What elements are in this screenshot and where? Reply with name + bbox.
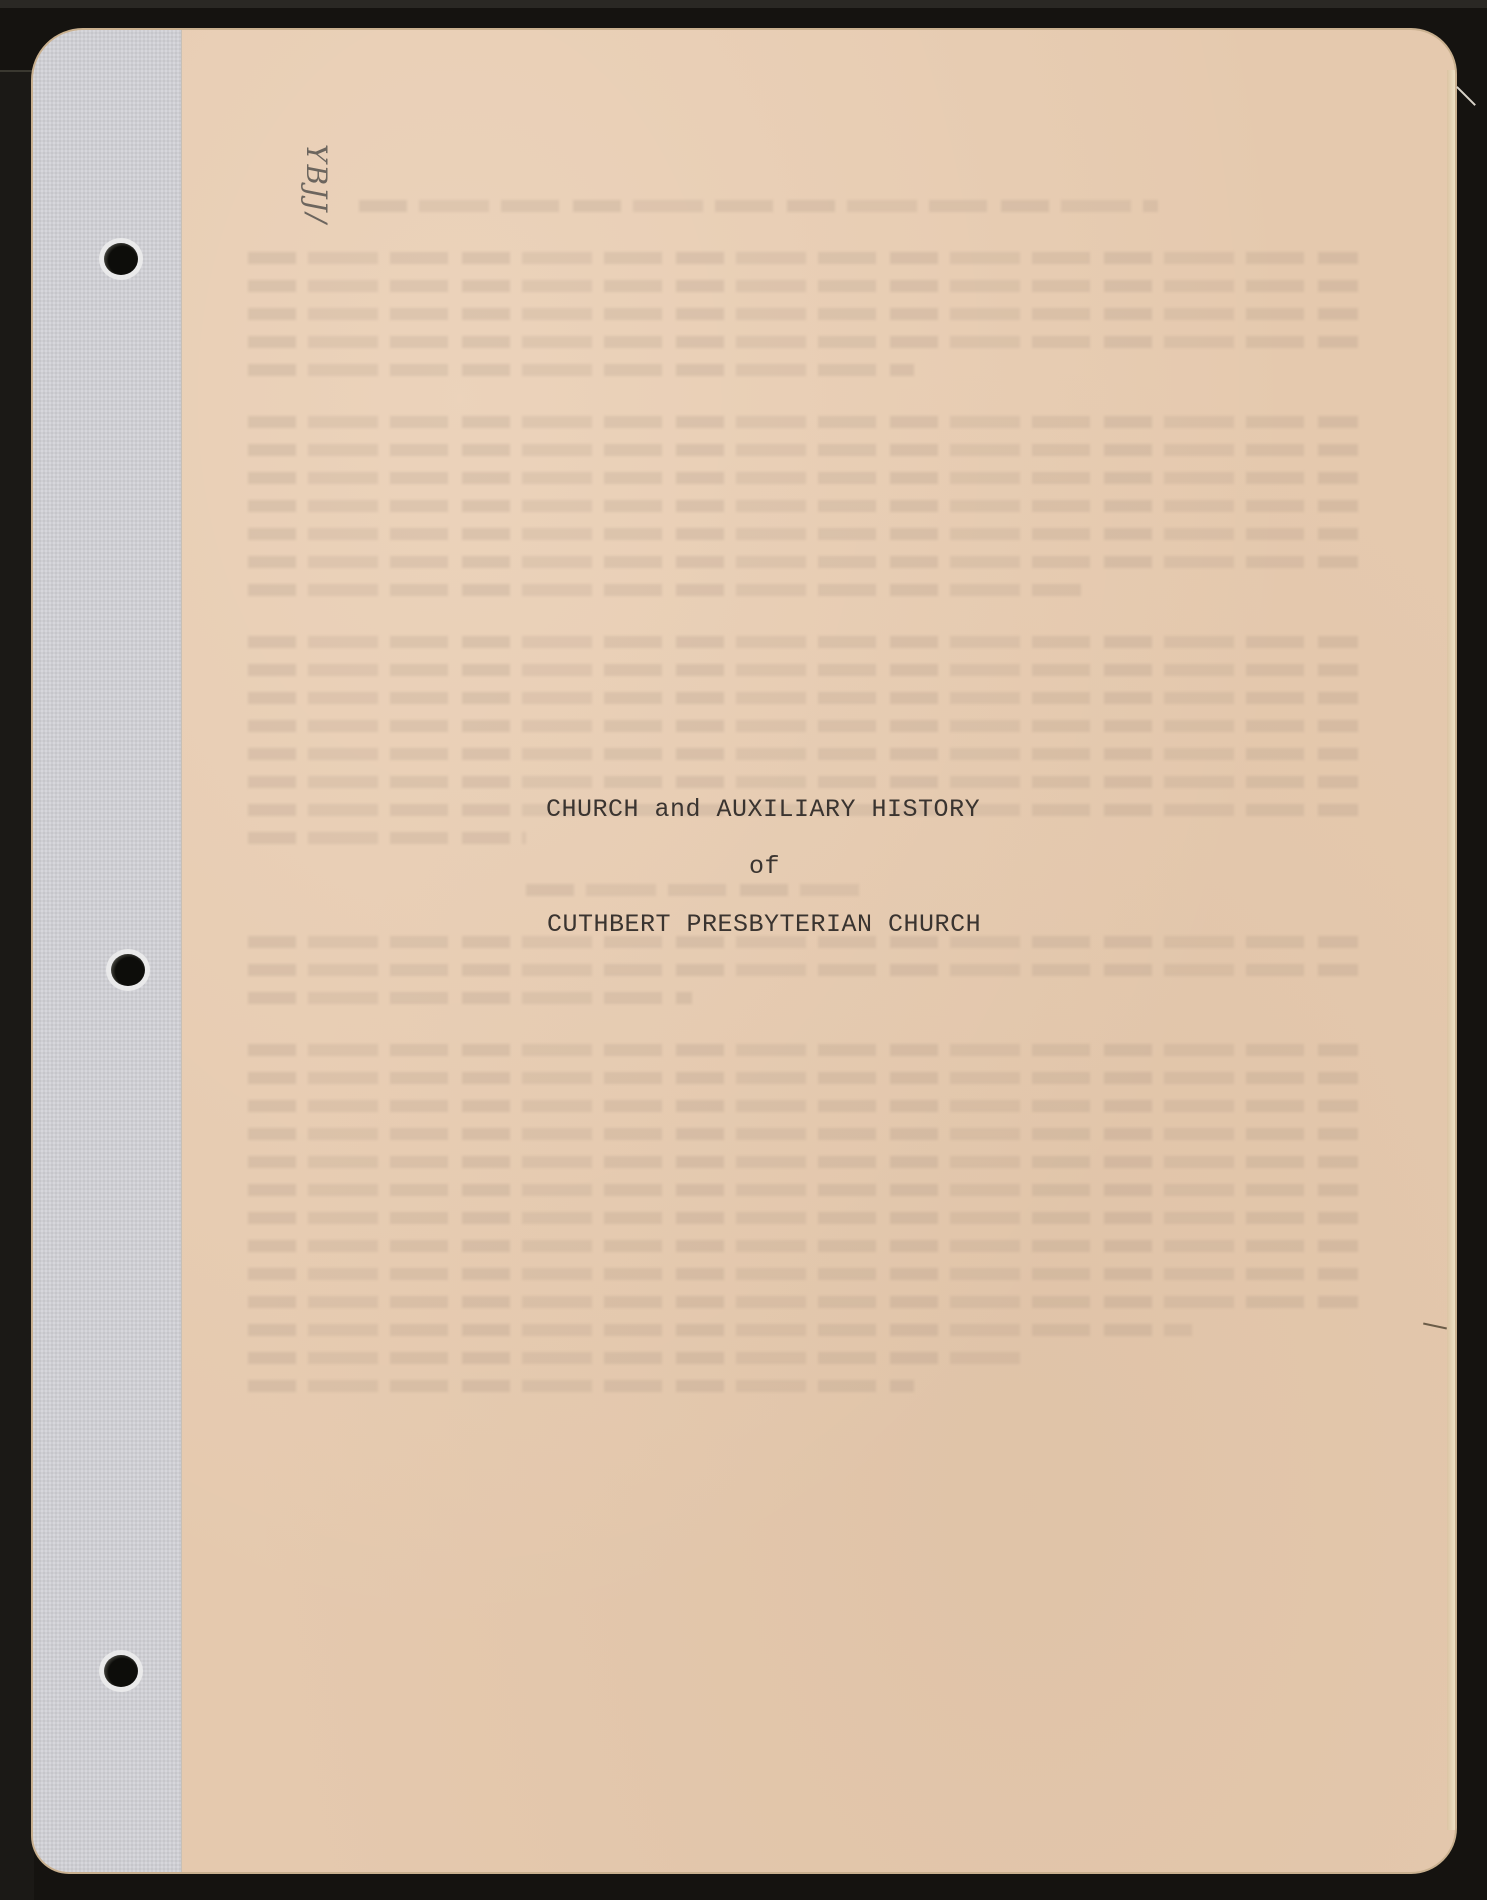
reverse-side-bleed-through xyxy=(248,200,1358,1840)
page-stack-edge xyxy=(1447,70,1455,1830)
bleed-line xyxy=(359,200,1158,212)
bleed-line xyxy=(248,252,1358,264)
scan-background-top xyxy=(0,0,1487,8)
bleed-line xyxy=(248,964,1358,976)
title-line-connector: of xyxy=(749,852,780,881)
punch-hole-top xyxy=(104,243,138,275)
bleed-line xyxy=(248,1100,1358,1112)
document-page: YBJJ/ xyxy=(33,30,1455,1872)
handwritten-pencil-note: YBJJ/ xyxy=(300,144,333,225)
bleed-line xyxy=(248,1156,1358,1168)
bleed-line xyxy=(248,748,1358,760)
title-line-church-name: CUTHBERT PRESBYTERIAN CHURCH xyxy=(547,910,981,939)
bleed-line xyxy=(248,832,526,844)
bleed-line xyxy=(248,336,1358,348)
paper-texture xyxy=(33,30,1455,1872)
bleed-line xyxy=(248,444,1358,456)
punch-hole-middle xyxy=(111,954,145,986)
bleed-line xyxy=(248,1044,1358,1056)
bleed-line xyxy=(248,720,1358,732)
bleed-line xyxy=(248,472,1358,484)
cloth-binding-strip xyxy=(33,30,182,1872)
bleed-line xyxy=(248,1212,1358,1224)
scan-background-left xyxy=(0,70,34,1900)
bleed-line xyxy=(248,664,1358,676)
bleed-line xyxy=(248,776,1358,788)
bleed-line xyxy=(248,1240,1358,1252)
bleed-line xyxy=(248,584,1081,596)
title-line-main: CHURCH and AUXILIARY HISTORY xyxy=(546,795,980,824)
corner-scratch-mark xyxy=(1456,86,1476,106)
bleed-line xyxy=(248,992,692,1004)
bleed-line xyxy=(248,364,914,376)
bleed-line xyxy=(248,1380,914,1392)
bleed-line xyxy=(248,1352,1025,1364)
bleed-line xyxy=(248,1184,1358,1196)
bleed-line xyxy=(248,636,1358,648)
bleed-line xyxy=(248,556,1358,568)
bleed-line xyxy=(248,528,1358,540)
bleed-line xyxy=(248,416,1358,428)
bleed-line xyxy=(248,1268,1358,1280)
bleed-line xyxy=(248,1296,1358,1308)
punch-hole-bottom xyxy=(104,1655,138,1687)
bleed-line xyxy=(248,1128,1358,1140)
edge-mark xyxy=(1423,1323,1447,1330)
bleed-line xyxy=(526,884,859,896)
bleed-line xyxy=(248,1072,1358,1084)
bleed-line xyxy=(248,308,1358,320)
bleed-line xyxy=(248,500,1358,512)
handwritten-note-area: YBJJ/ xyxy=(181,70,231,190)
bleed-line xyxy=(248,1324,1192,1336)
bleed-line xyxy=(248,692,1358,704)
bleed-line xyxy=(248,280,1358,292)
